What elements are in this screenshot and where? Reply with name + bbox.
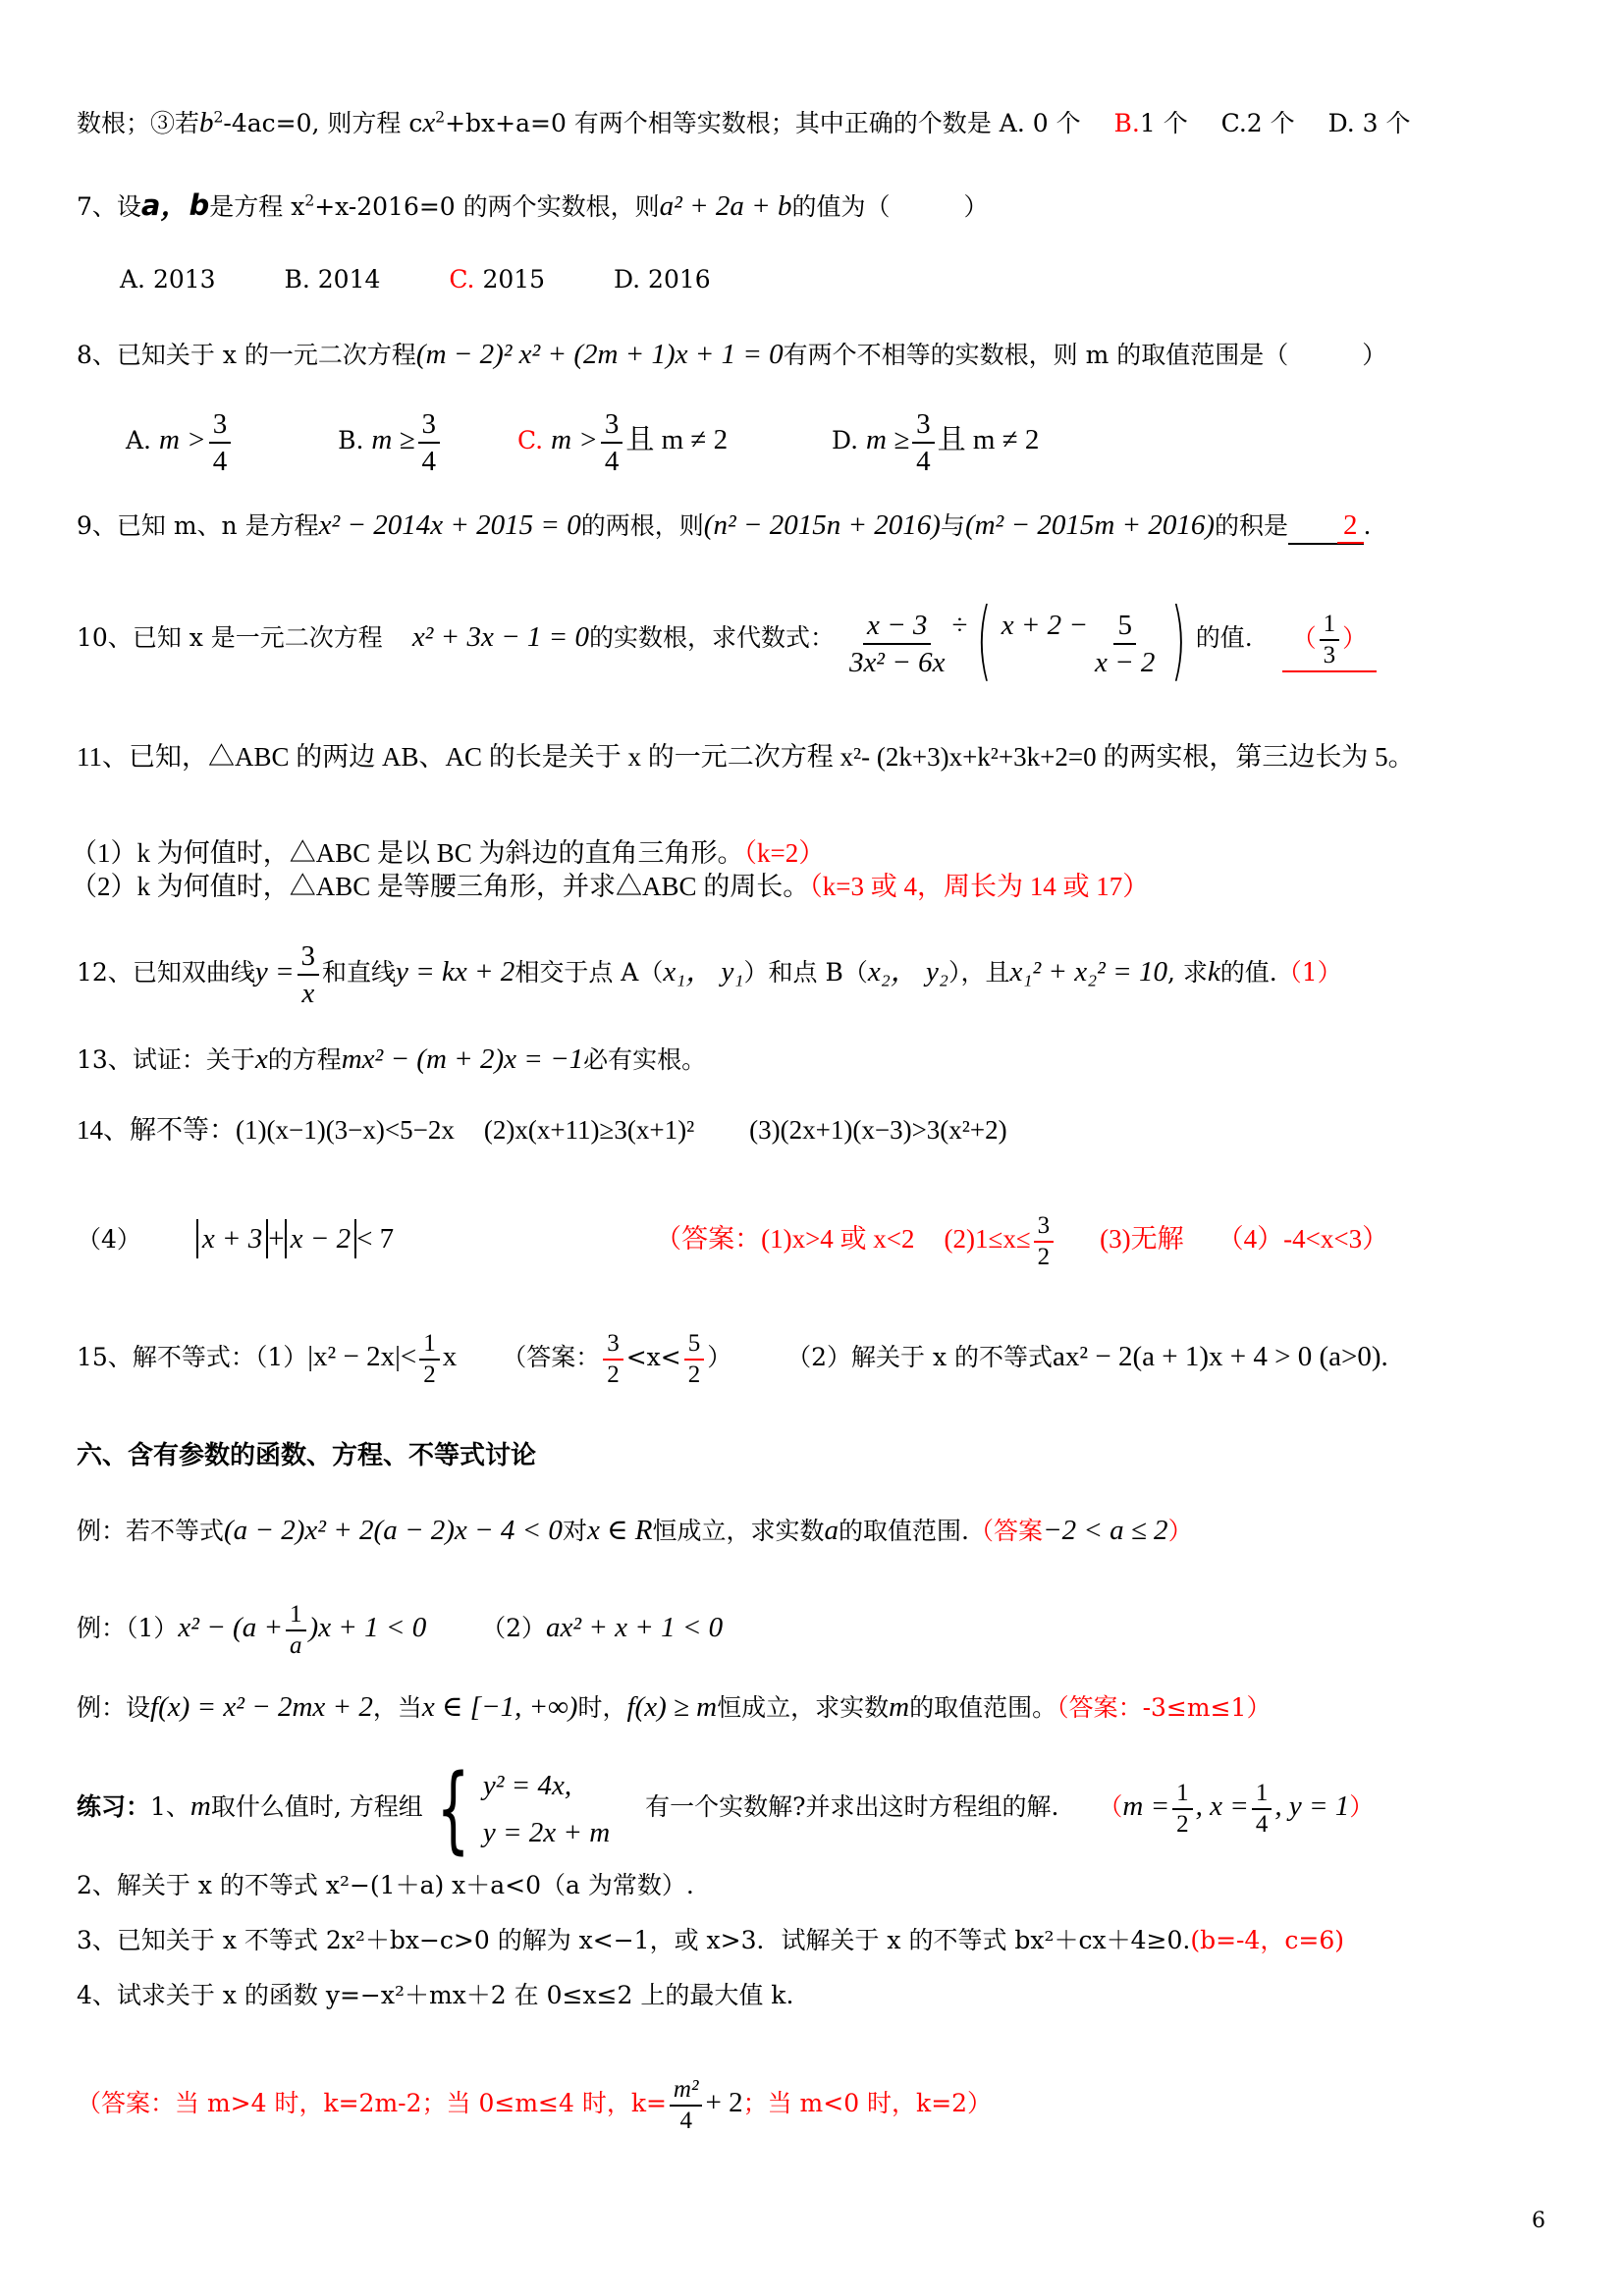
q11-part-2-content: （2）k 为何值时，△ABC 是等腰三角形，并求△ABC 的周长。（k=3 或 … xyxy=(71,870,1149,903)
q8-option-b: B. m ≥34 xyxy=(338,426,443,454)
q6-b: b xyxy=(199,107,214,138)
q11-number: 11、 xyxy=(77,742,129,772)
q12-point-b: x₂， y₂ xyxy=(868,956,948,988)
q12-number: 12、 xyxy=(77,958,133,987)
q7-option-d: D. 2016 xyxy=(614,265,711,294)
q9-answer: 2 xyxy=(1337,508,1364,544)
question-7: 7、设a，b是方程 x2+x-2016=0 的两个实数根，则a² + 2a + … xyxy=(77,188,989,224)
q6-text: 数根；③若 xyxy=(77,109,199,137)
practice-1: 练习：1、m取什么值时, 方程组{y² = 4x,y = 2x + m 有一个实… xyxy=(77,1757,1374,1856)
q7-text2: 是方程 x xyxy=(209,192,304,221)
q9-expression-1: (n² − 2015n + 2016) xyxy=(704,509,941,541)
q8-text2: 有两个不相等的实数根，则 m 的取值范围是（ ） xyxy=(784,341,1387,369)
q7-options: A. 2013 B. 2014 C. 2015 D. 2016 xyxy=(120,263,711,296)
q10-equation: x² + 3x − 1 = 0 xyxy=(412,621,589,653)
page-number: 6 xyxy=(1532,2209,1545,2233)
q7-option-b: B. 2014 xyxy=(285,265,381,294)
q7-text: 设 xyxy=(117,192,141,221)
example-1-answer: （答案−2 < a ≤ 2） xyxy=(969,1517,1193,1545)
q6-b-sup: 2 xyxy=(214,109,224,127)
q15-answer: （答案：32<x<52） xyxy=(502,1343,731,1371)
q14-item-2: (2)x(x+11)≥3(x+1)² xyxy=(484,1115,694,1145)
q9-text4: 的积是 xyxy=(1215,511,1288,540)
practice-label: 练习： xyxy=(77,1792,150,1821)
q7-text3: +x-2016=0 的两个实数根，则 xyxy=(314,192,659,221)
q7-sup: 2 xyxy=(304,192,314,210)
q8-options: A. m >34 B. m ≥34 C. m >34且 m ≠ 2 D. m ≥… xyxy=(126,404,1039,479)
q13-number: 13、 xyxy=(77,1045,133,1074)
example-2: 例：（1）x² − (a +1a)x + 1 < 0 （2）ax² + x + … xyxy=(77,1588,723,1668)
q15-abs-expression: x² − 2x xyxy=(313,1341,395,1372)
practice-3-answer: (b=-4，c=6) xyxy=(1190,1926,1344,1954)
q9-number: 9、 xyxy=(77,511,117,540)
document-page: 数根；③若b2-4ac=0, 则方程 cx2+bx+a=0 有两个相等实数根；其… xyxy=(0,0,1624,2296)
q8-equation: (m − 2)² x² + (2m + 1)x + 1 = 0 xyxy=(416,339,784,370)
q12-line-equation: y = kx + 2 xyxy=(396,956,514,988)
q12-point-a: x₁， y₁ xyxy=(663,956,743,988)
q14-answer: （答案：(1)x>4 或 x<2(2)1≤x≤32(3)无解（4）-4<x<3） xyxy=(655,1224,1388,1254)
q13-equation: mx² − (m + 2)x = −1 xyxy=(342,1043,583,1075)
q15-part-2: （2）解关于 x 的不等式 xyxy=(786,1343,1053,1371)
example-1-expression: (a − 2)x² + 2(a − 2)x − 4 < 0 xyxy=(224,1515,563,1546)
q14-number: 14、 xyxy=(77,1115,130,1145)
q11-part-1-answer: （k=2） xyxy=(744,838,826,868)
question-11: 11、已知，△ABC 的两边 AB、AC 的长是关于 x 的一元二次方程 x²-… xyxy=(77,740,1415,774)
q9-expression-2: (m² − 2015m + 2016) xyxy=(965,509,1215,541)
q6-option-c: C.2 个 xyxy=(1221,109,1295,137)
q6-x: x xyxy=(422,107,435,138)
q14-item-4-label: （4） xyxy=(77,1225,141,1254)
q6-text-mid: -4ac=0, 则方程 c xyxy=(223,109,422,137)
q14-abs-1: x + 3 xyxy=(196,1219,268,1258)
question-15: 15、解不等式：（1）|x² − 2x|<12x （答案：32<x<52） （2… xyxy=(77,1317,1388,1397)
example-2-expression-2: ax² + x + 1 < 0 xyxy=(546,1612,723,1643)
q11-part-1: （1）k 为何值时，△ABC 是以 BC 为斜边的直角三角形。（k=2） xyxy=(71,836,825,870)
q6-x-sup: 2 xyxy=(435,109,445,127)
q9-equation: x² − 2014x + 2015 = 0 xyxy=(319,509,581,541)
q14-item-3: (3)(2x+1)(x−3)>3(x²+2) xyxy=(749,1115,1006,1145)
question-14: 14、解不等：(1)(x−1)(3−x)<5−2x(2)x(x+11)≥3(x+… xyxy=(77,1113,1007,1147)
q7-expression: a² + 2a + b xyxy=(660,190,792,222)
example-1: 例：若不等式(a − 2)x² + 2(a − 2)x − 4 < 0对x ∈ … xyxy=(77,1514,1193,1548)
q10-answer: （13） xyxy=(1282,610,1378,672)
q8-option-a: A. m >34 xyxy=(126,426,234,454)
example-3: 例：设f(x) = x² − 2mx + 2，当x ∈ [−1, +∞)时，f(… xyxy=(77,1690,1271,1725)
example-3-function: f(x) = x² − 2mx + 2 xyxy=(150,1691,373,1723)
practice-4: 4、试求关于 x 的函数 y=−x²＋mx＋2 在 0≤x≤2 上的最大值 k. xyxy=(77,1979,793,2012)
practice-2: 2、解关于 x 的不等式 x²−(1＋a) x＋a<0（a 为常数）. xyxy=(77,1869,694,1902)
question-12: 12、已知双曲线y =3x和直线y = kx + 2相交于点 A（x₁， y₁）… xyxy=(77,923,1342,1022)
q10-fraction-1: x − 33x² − 6x xyxy=(845,608,949,680)
q8-option-c: C. m >34且 m ≠ 2 xyxy=(517,426,728,454)
q7-option-c: C. 2015 xyxy=(449,265,545,294)
q11-part-2-answer: （k=3 或 4，周长为 14 或 17） xyxy=(809,872,1149,901)
q8-number: 8、 xyxy=(77,341,117,369)
q15-number: 15、 xyxy=(77,1343,133,1371)
q14-abs-2: x − 2 xyxy=(285,1219,356,1258)
practice-1-answer: （m =12, x =14, y = 1） xyxy=(1098,1792,1374,1821)
q15-part-2-expression: ax² − 2(a + 1)x + 4 > 0 (a>0). xyxy=(1053,1341,1388,1372)
q14-item-4-row: （4） x + 3+x − 2< 7 （答案：(1)x>4 或 x<2(2)1≤… xyxy=(77,1200,1388,1279)
q9-text: 已知 m、n 是方程 xyxy=(117,511,319,540)
q12-fraction: 3x xyxy=(298,938,320,1011)
practice-4-answer: （答案：当 m>4 时，k=2m-2；当 0≤m≤4 时，k=m²4+ 2；当 … xyxy=(77,2054,992,2153)
q8-text: 已知关于 x 的一元二次方程 xyxy=(117,341,416,369)
q12-condition: x₁² + x₂² = 10 xyxy=(1010,956,1167,988)
q6-option-b: B.1 个 xyxy=(1114,109,1188,137)
q7-vars: a，b xyxy=(141,188,209,222)
q11-text: 已知，△ABC 的两边 AB、AC 的长是关于 x 的一元二次方程 x²- (2… xyxy=(129,742,1415,772)
q9-answer-blank: 2 xyxy=(1288,508,1364,545)
q10-fraction-2: 5x − 2 xyxy=(1091,608,1159,680)
q6-text-after: +bx+a=0 有两个相等实数根；其中正确的个数是 xyxy=(445,109,992,137)
question-8: 8、已知关于 x 的一元二次方程(m − 2)² x² + (2m + 1)x … xyxy=(77,338,1386,372)
q14-item-1: (1)(x−1)(3−x)<5−2x xyxy=(236,1115,455,1145)
practice-3: 3、已知关于 x 不等式 2x²＋bx−c>0 的解为 x<−1，或 x>3．试… xyxy=(77,1924,1344,1957)
q10-text2: 的实数根，求代数式： xyxy=(589,623,835,652)
q7-option-a: A. 2013 xyxy=(120,265,216,294)
q7-number: 7、 xyxy=(77,192,117,221)
section-heading: 六、含有参数的函数、方程、不等式讨论 xyxy=(77,1439,536,1472)
example-3-answer: （答案：-3≤m≤1） xyxy=(1056,1693,1271,1722)
q6-option-a: A. 0 个 xyxy=(1000,109,1081,137)
practice-1-system: y² = 4x,y = 2x + m xyxy=(483,1762,610,1856)
q10-text3: 的值. xyxy=(1196,623,1253,652)
q6-option-d: D. 3 个 xyxy=(1328,109,1411,137)
q7-text4: 的值为（ ） xyxy=(792,192,989,221)
question-9: 9、已知 m、n 是方程x² − 2014x + 2015 = 0的两根，则(n… xyxy=(77,508,1371,545)
q6-continuation: 数根；③若b2-4ac=0, 则方程 cx2+bx+a=0 有两个相等实数根；其… xyxy=(77,106,1410,140)
q10-text: 已知 x 是一元二次方程 xyxy=(133,623,383,652)
q8-option-d: D. m ≥34且 m ≠ 2 xyxy=(832,426,1039,454)
q9-text2: 的两根，则 xyxy=(581,511,704,540)
example-2-expression-1: x² − (a + xyxy=(178,1612,283,1643)
question-13: 13、试证：关于x的方程mx² − (m + 2)x = −1必有实根。 xyxy=(77,1042,706,1077)
q9-text3: 与 xyxy=(941,511,965,540)
q12-answer: （1） xyxy=(1277,958,1342,987)
question-10: 10、已知 x 是一元二次方程x² + 3x − 1 = 0的实数根，求代数式：… xyxy=(77,571,1377,692)
q10-number: 10、 xyxy=(77,623,133,652)
